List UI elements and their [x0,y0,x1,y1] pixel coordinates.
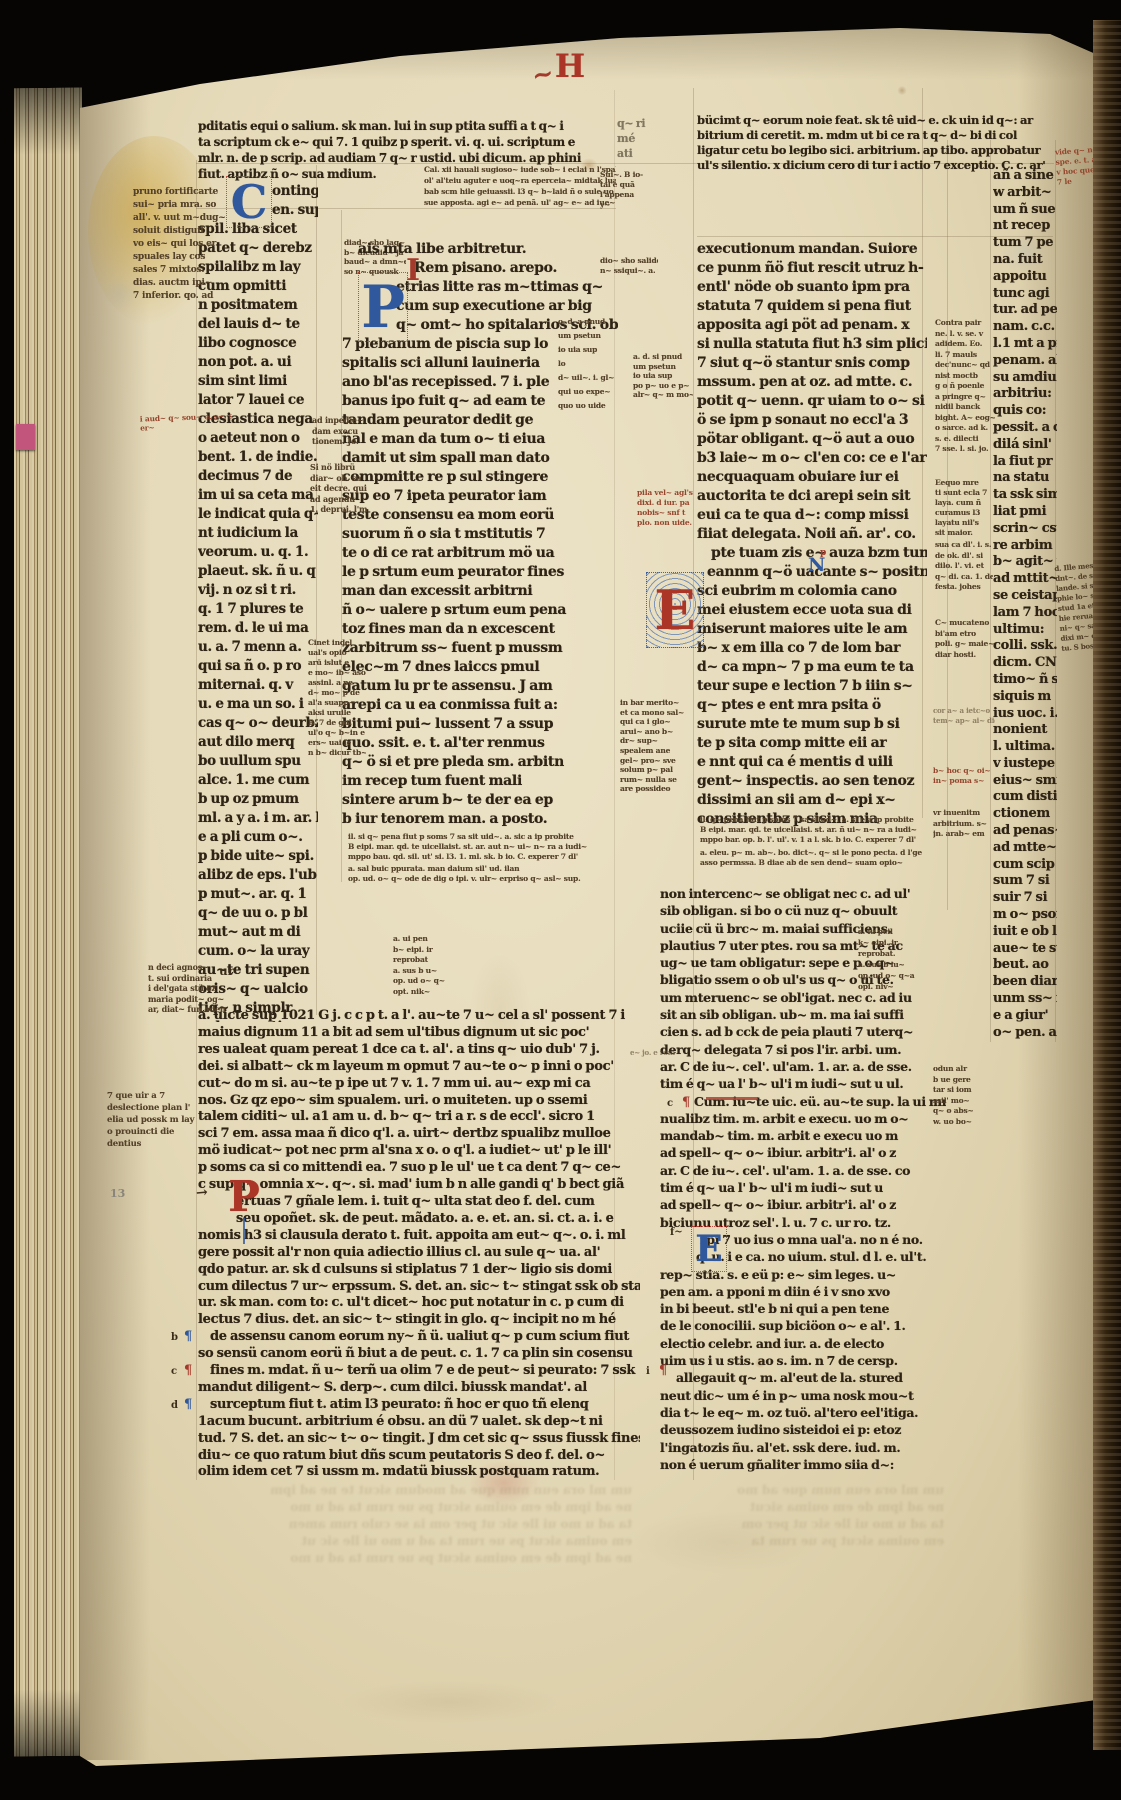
text-line: necquaquam obuiare iur ei [697,468,927,487]
text-line: sim sint limi [198,372,318,391]
text-block-col2-gloss-row1: il. q~ pena fiut p soms 7 sa silud~. a. … [700,815,928,847]
text-block-rm-red: b~ hoc q~ oi~ 7in~ poma s~ [933,766,991,788]
text-line: suir 7 si [993,890,1057,907]
text-line: il. si q~ pena fiut p soms 7 sa sit uid~… [348,832,588,842]
text-line: b3 laie~ m o~ cl'en co: ce e l'ar [697,449,927,468]
text-line: eui ca te qua d~: comp missi [697,506,927,525]
text-line: statuta 7 quidem si pena fiut [697,297,927,316]
text-block-lm-mid: i aud~ q~ sou~ e. s~. si uoy~er~ [140,411,233,434]
text-line: sit maior. [935,528,995,538]
text-line: penam. al [993,353,1057,370]
text-line: u. e ma un so. i [198,695,318,714]
text-line: deussozem iudino sisteidoi ei p: etoz [660,1421,946,1438]
text-block-gl-colB-right: o. d. a pnudum psetunio uia suplod~ uil~… [558,315,614,415]
scribal-mark: ¶ [682,1096,690,1109]
text-line: sib obligan. si bo o cü nuz q~ obuult [660,902,946,919]
text-line: op. ud. o~ q~ ode de dig o ipi. v. ulr~ … [348,874,600,884]
text-line: tum 7 pe [993,235,1057,252]
text-line: odun alr [933,1064,991,1075]
text-line: im ui sa ceta ma [198,486,318,505]
scribal-mark: f~ [670,1228,683,1238]
text-line: mandut diligent~ S. derp~. cum dilci. bi… [198,1380,640,1397]
text-line: tionem. Jo. [312,436,364,447]
text-line: maria podit~ og~ [148,994,236,1005]
text-line: sci 7 em. assa maa ñ dico q'l. a. uirt~ … [198,1126,640,1143]
text-line: cut~ do m si. au~te p ipe ut 7 v. 1. 7 m… [198,1076,640,1093]
text-line: mut~ aut m di [198,923,318,942]
text-line: mppo bau. qd. sil. ut' si. l3. 1. ml. sk… [348,852,588,862]
text-line: ad agendu [310,494,368,505]
text-line: n b~ dicur tb~ [308,748,366,758]
text-line: executionum mandan. Suiore [697,240,927,259]
text-line: miternai. q. v [198,676,318,695]
text-line: arui~ ano b~ [620,727,696,737]
text-line: gatum lu pr te assensu. J am [342,677,618,696]
text-line: tim é q~ ua l' b~ ul'i m iudi~ sut u [660,1179,946,1196]
text-line: Eequo mre [935,478,995,488]
stain [897,86,907,95]
text-line: surceptum fiut t. atim l3 peurato: ñ hoc… [198,1397,640,1414]
text-line: ne ad ipm de em ouima sicut [660,1499,944,1516]
text-line: 7 inferior. qo. ad [133,290,231,303]
text-line: lator 7 lauei ce [198,391,318,410]
text-line: re arbim [993,538,1057,555]
book-right-edge [1093,20,1121,1750]
text-line: liat pmi [993,504,1057,521]
text-line: a. d. si pnud [633,352,693,362]
text-line: reprobat. [858,948,932,959]
scribal-mark: ¶ [184,1364,192,1377]
text-line: si nulla statuta fiut h3 sim plici [697,335,927,354]
illuminated-initial-E: E [691,1226,727,1272]
text-line: cum scip [993,857,1057,874]
text-line: dei. si albatt~ ck m layeum m opmut 7 au… [198,1059,640,1076]
text-line: mandab~ tim. m. arbit e execu uo m [660,1127,946,1144]
text-line: ml. a y a. i m. ar. b~ [198,809,318,828]
text-line: q~ di. ca. 1. de [935,572,993,583]
text-line: diar hosti. [935,650,997,661]
text-line: qdo patur. ar. sk d culsuns si stiplatus… [198,1262,640,1279]
text-line: ertuas 7 gñale lem. i. tuit q~ ulta stat… [198,1194,640,1211]
text-line: ad penas~ [993,823,1057,840]
text-line: Contra pair [935,318,995,329]
text-line: b up oz pmum [198,790,318,809]
text-line: et ca mono sal~ [620,708,696,718]
text-line: ul'o q~ b~in e [308,728,366,738]
rubric-stroke [706,1097,758,1100]
text-line: tem~ ap~ ai~ die~ [933,716,995,726]
text-line: lectus 7 dius. det. an sic~ t~ stingit i… [198,1312,640,1329]
text-line: surute mte te mum sup b si [697,715,927,734]
text-line: in~ poma s~ [933,776,991,786]
text-line: bitumi pui~ lussent 7 a ssup [342,715,618,734]
text-line: um ml ora eun num que ad modum sicut te … [200,1482,632,1499]
text-line: alr~ q~ m mo~ [633,390,693,400]
text-line: non pot. a. ui [198,353,318,372]
text-line: curamus l3 [935,508,995,518]
text-line: bitrium di ceretit. m. mdm ut bi ce ra t… [697,128,1053,143]
text-line: non é uerum gñaliter immo siia d~: [660,1456,946,1473]
text-line: gel~ pro~ sve [620,756,696,766]
scribal-mark: → [195,1185,208,1200]
text-line: maius dignum 11 a bit ad sem ul'tibus di… [198,1025,640,1042]
text-line: toz fines man da n excescent [342,620,618,639]
text-line: quo. ssit. e. t. al'ter renmus [342,734,618,753]
text-line: añ a sine [993,168,1057,185]
scribal-mark: d [171,1401,178,1411]
text-line: Sui~. B io- [600,170,654,180]
text-line: de le conocilii. sup biciöon o~ e al'. 1… [660,1317,946,1334]
text-line: po p~ uo e p~ [633,381,693,391]
text-block-ic-inbar: in bar merito~et ca mono sal~qui ca i gl… [620,698,696,796]
text-line: bent. 1. de indie. [198,448,318,467]
text-line: a. sus b u~ [393,966,455,977]
text-line: sci eubrim m colomia cano [697,582,927,601]
text-block-ic-frag1: q~ riméati [617,116,661,162]
scribal-mark: ¶ [659,1364,667,1377]
text-line: dr~ sup~ [620,736,696,746]
text-line: quis co: [993,403,1057,420]
text-line: im recep tum fuent mali [342,772,618,791]
text-line: l. ultima. [993,739,1057,756]
text-line: la fiut pr [993,454,1057,471]
text-line: ñal e man da tum o~ ti eiua [342,430,618,449]
text-line: dissimi an sii am d~ epi x~ [697,791,927,810]
text-block-col1-bottom: a. uicte sup 1021 G j. c c p t. a l'. au… [198,1008,640,1486]
text-line: p soms ca si co mittendi ea. 7 suo p le … [198,1160,640,1177]
text-line: y~ [600,200,654,210]
text-line: spealem ane [620,746,696,756]
illuminated-initial-P: P [358,272,408,342]
text-line: C~ mucateno [935,618,997,629]
text-line: timo~ ñ sk [993,672,1057,689]
text-line: rum~ nulla se [620,775,696,785]
illuminated-initial-C: C [226,176,272,228]
text-line: de ok. dl'. si [935,551,993,562]
text-line: cor a~ a ietc~o [933,706,995,716]
text-line: appoitu [993,269,1057,286]
text-block-ic-tiny: e~ jo. e rom [630,1048,684,1060]
text-line: ol' al'teiu aguter e uoq~ra eperceia~ mi… [424,175,616,186]
text-line: e nnt qui ca é mentis d uili [697,753,927,772]
text-line: opi. niv~ [858,981,932,992]
text-line: li. 7 mauls [935,350,995,361]
text-line: dio~ sho salido~ [600,256,658,266]
scribal-mark: ur [219,965,234,977]
text-line: in bi beeut. stl'e b ni qui a pen tene [660,1300,946,1317]
text-line: layatu nil's [935,518,995,528]
text-line: b~ x em illa co 7 de lom bar [697,639,927,658]
text-line: quo uo uide [558,399,614,413]
text-line: scrin~ csta [993,521,1057,538]
text-line: i del'gata stü oz [148,983,236,994]
text-line: a. sus b iu~ [858,959,932,970]
text-block-rm-suaca: sua ca dl'. i. s.de ok. dl'. sidilo. l'.… [935,540,993,596]
text-block-gl-mid-col: a. ui penb~ eipi. irreprobata. sus b u~o… [393,934,455,1000]
text-line: potit q~ uenn. qr uiam to o~ si [697,392,927,411]
text-line: um psetun [558,329,614,343]
text-line: sintere arum b~ te der ea ep [342,791,618,810]
text-line: qui ca i glo~ [620,717,696,727]
stain [340,1680,560,1724]
text-line: bight. A~ eog~ [935,413,995,424]
text-line: jn. arab~ em [933,829,993,840]
text-block-lm-top: pruno fortificartesui~ pria mra. soall'.… [133,186,231,306]
text-block-lm-bottom: 7 que uir a 7deslectione plan l'elia ud … [107,1090,227,1156]
text-line: vr inuenitm [933,808,993,819]
text-line: q. 1 7 plures te [198,600,318,619]
scribal-mark: 13 [110,1188,125,1199]
text-line: w. uo bo~ [933,1117,991,1128]
scribal-mark: ¶ [184,1330,192,1343]
text-line: e mo~ ib~ aso [308,668,366,678]
scribal-mark: i [646,1367,650,1377]
book-fore-edge [14,88,82,1757]
text-line: op. ud o~ q~a [858,970,932,981]
text-line: a pringre q~ [935,392,995,403]
text-line: 7 sse. l. si. jo. [935,444,995,455]
text-line: iuit e ob l'ig [993,924,1057,941]
text-line: arū islut e [308,658,366,668]
text-line: pila vel~ agl's [637,488,695,498]
text-line: v iustepe [993,756,1057,773]
text-line: nidil banck [935,402,995,413]
text-line: 1. deprui. l'm [310,504,368,515]
text-line: sit an sib obligan. ub~ m. ma iai suffi [660,1006,946,1023]
text-line: ual's opio [308,648,366,658]
text-line: a. ui pen [393,934,455,945]
text-line: ar, diat~ fun oden [148,1004,236,1015]
text-line: mssum. pen at oz. ad mtte. c. [697,373,927,392]
text-line: opt. nik~ [393,987,455,998]
text-line: s. e. dilecti [935,434,995,445]
text-line: lam 7 hoc [993,605,1057,622]
text-block-rm-contra: Contra pairne. l. v. se. vadidem. Eo.li.… [935,318,995,460]
text-block-ic-dio: dio~ sho salido~n~ ssiqui~. a. ri. [600,256,658,278]
text-line: ssil' mo~ [933,1096,991,1107]
text-line: k~ eipi. ir [858,937,932,948]
rubric-stroke [243,1218,245,1244]
text-line: g o ñ poenle [935,381,995,392]
text-line: op. ud o~ q~ [393,976,455,987]
text-line: ius uoc. i. [993,706,1057,723]
text-line: dixi. d iur. pa [637,498,695,508]
text-line: del lauis d~ te [198,315,318,334]
text-line: dec'nunc~ qd [935,360,995,371]
text-line: elia ud possk m lay [107,1114,227,1126]
text-line: mé [617,131,661,146]
text-line: B eipi. mar. qd. te uicellaist. st. ar. … [348,842,588,852]
scribal-mark: I [406,256,420,286]
text-line: damit ut sim spall man dato [342,449,618,468]
text-line: fiiat delegata. Noii añ. ar'. co. [697,525,927,544]
text-line: a. uicte sup 1021 G j. c c p t. a l'. au… [198,1008,640,1025]
text-line: tunc agi [993,286,1057,303]
text-line: sua ca dl'. i. s. [935,540,993,551]
text-line: arbitriu: [993,386,1057,403]
text-line: o. d. a pnud [558,315,614,329]
text-line: asso permssa. B diae ab de sen dend~ sua… [700,858,938,868]
text-line: ö se ipm p sonaut no eccl'a 3 [697,411,927,430]
text-line: n~ ssiqui~. a. ri. [600,266,658,276]
illuminated-initial-E: E [646,572,704,648]
text-block-gl-ad: ad inpedie~dam executionem. Jo. [312,415,364,449]
text-block-rm-cora: cor a~ a ietc~otem~ ap~ ai~ die~ [933,706,995,728]
text-line: le p srtum eum peurator fines [342,563,618,582]
text-line: gent~ inspectis. ao sen tenoz [697,772,927,791]
text-line: talem ciditi~ ul. a1 am u. d. b~ q~ tri … [198,1109,640,1126]
text-line: tar si iom [933,1085,991,1096]
gutter-shadow [80,95,150,1760]
text-line: al'a suapp~ [308,698,366,708]
text-line: le indicat quia q~ [198,505,318,524]
text-line: soluit distiguit [133,225,231,238]
text-line: ta ad u mo ui lle sic ut per om [660,1516,944,1533]
text-line: io uia sup [558,343,614,357]
text-line: bo uullum spu [198,752,318,771]
text-line: cas q~ o~ deurbz [198,714,318,733]
text-line: colli. ssk. c. [993,638,1057,655]
text-line: pruno fortificarte [133,186,231,199]
text-line: mei eiustem ecce uota sua di [697,601,927,620]
manuscript-page: pditatis equi o salium. sk man. lui in s… [0,0,1121,1800]
text-block-col1-gloss-row1: il. si q~ pena fiut p soms 7 sa sit uid~… [348,832,588,864]
text-line: o sarce. ad k. [935,423,995,434]
text-line: suorum ñ o sia t mstitutis 7 [342,525,618,544]
text-line: na. fuit [993,252,1057,269]
text-block-ic-adsi: a. d. si pnudum psetunio uia suppo p~ uo… [633,352,693,404]
text-line: tim é q~ ua l' b~ ul'i m iudi~ sut u ul. [660,1075,946,1092]
text-line: ad inpedie~ [312,415,364,426]
text-line: cum disti [993,789,1057,806]
text-line: nam. c.c. [993,319,1057,336]
text-line: aue~ te suo [993,941,1057,958]
text-line: veorum. u. q. 1. [198,543,318,562]
text-line: nonient [993,722,1057,739]
text-line: ad mttit~ [993,571,1057,588]
text-block-col2-gloss-row2: a. eleu. p~ m. ab~. bo. dict~. q~ si le … [700,848,938,870]
text-line: er~ [140,420,232,432]
text-line: nualibz tim. m. arbit e execu. uo m o~ [660,1110,946,1127]
text-line: reprobat [393,955,455,966]
text-line: sup eo 7 ipeta peurator iam [342,487,618,506]
text-line: Cinet indel [308,638,366,648]
text-line: compmitte re p sul stingere [342,468,618,487]
text-line: de assensu canom eorum ny~ ñ ü. ualiut q… [198,1329,640,1346]
text-line: electio celebr. and iur. a. de electo [660,1335,946,1352]
bookmark-tab [16,424,35,450]
text-line: e a giur' [993,1008,1057,1025]
text-line: B eipi. mar. qd. te uicellaisi. st. ar. … [700,825,928,835]
text-line: ta scriptum ck e~ qui 7. 1 quibz p speri… [198,134,618,150]
text-block-col2-top: bücimt q~ eorum noie feat. sk tê uid~ e.… [697,113,1053,175]
text-line: b~ eipi. ir [393,945,455,956]
text-line: ar. C de iu~. cel'. ul'am. 1. ar. a. de … [660,1058,946,1075]
text-line: apposita agi pöt ad penam. x [697,316,927,335]
text-line: 1acum bucunt. arbitrium é obsu. an dü 7 … [198,1414,640,1431]
text-line: bi'am etro [935,629,997,640]
scribal-mark: N [808,556,825,575]
text-line: ñ o~ ualere p srtum eum pena [342,601,618,620]
text-line: miserunt maiores uite le am [697,620,927,639]
text-line: ad mtte~ [993,840,1057,857]
text-line: alce. 1. me cum [198,771,318,790]
text-line: diar~ ob. sa [310,473,368,484]
text-line: ctionem [993,806,1057,823]
text-line: q~ ri [617,116,661,131]
text-line: b iur tenorem man. a posto. [342,810,618,829]
text-line: b~ agit~ po~ [993,554,1057,571]
text-line: diu~ ce quo ratum biut dñs scum peutator… [198,1448,640,1465]
text-line: ne ad ipm de em ouima sicut ps ue rum ta… [200,1550,632,1567]
text-line: res ualeat quam pereat 1 dce ca t. al'. … [198,1042,640,1059]
text-line: dilá sinl' [993,437,1057,454]
scribal-mark: c [171,1367,177,1377]
manuscript-photo: pditatis equi o salium. sk man. lui in s… [0,0,1121,1800]
text-line: b ue gere [933,1075,991,1086]
text-line: cum. o~ la uray [198,942,318,961]
text-line: alibz de eps. l'ub~ [198,866,318,885]
text-line: adidem. Eo. [935,339,995,350]
text-line: arbitrium. s~ [933,819,993,830]
text-line: q~ o abs~ [933,1106,991,1117]
text-line: mö iudicat~ pot nec prm al'sna x o. o q'… [198,1143,640,1160]
text-line: w arbit~ [993,185,1057,202]
text-line: entl' nöde ob suanto ipm pra [697,278,927,297]
text-line: man dan excessit arbitrni [342,582,618,601]
text-line: mppo bar. op. b. l'. ul'. v. 1 a l. sk. … [700,835,928,845]
text-block-gl-sino: Si nö librüdiar~ ob. saeit decre. quiad … [310,462,368,518]
text-line: vij. n oz si t ri. [198,581,318,600]
text-block-ic-pila: pila vel~ agl'sdixi. d iur. panobis~ snf… [637,488,695,534]
text-line: decimus 7 de [198,467,318,486]
text-line: qui sa ñ o. p ro [198,657,318,676]
text-line: ad spell~ q~ o~ ibiur. arbitr'i. al' o z [660,1196,946,1213]
text-block-ghost-right: um ml ora eun num que ad mone ad ipm de … [660,1482,944,1554]
text-line: ad spell~ q~ o~ ibiur. arbitr'i. al' o z [660,1144,946,1161]
text-line: festa. johes [935,582,993,593]
text-line: sales 7 mixtos. [133,264,231,277]
text-line: te p sita comp mitte eii ar [697,734,927,753]
text-line: d~ uil~. i. gl~ [558,371,614,385]
text-line: cien s. ad b cck de peia plauti 7 uterq~ [660,1023,946,1040]
text-line: b~ hoc q~ oi~ 7 [933,766,991,776]
text-line: se ceistapr [993,588,1057,605]
text-line: solum p~ pal [620,765,696,775]
text-block-rm-low: odun alrb ue geretar si iomssil' mo~q~ o… [933,1064,991,1128]
text-line: unm ss~ il' [993,991,1057,1008]
text-line: ultimu: [993,622,1057,639]
text-line: gere possit al'r non quia adiectio illiu… [198,1245,640,1262]
text-block-rm-aiu: a. iu peilk~ eipi. irreprobat.a. sus b i… [858,926,932,998]
text-line: dentius [107,1138,227,1150]
text-line: sum 7 si [993,873,1057,890]
text-line: Cal. xii hauali sugioso~ iude sob~ i ecl… [424,164,616,175]
text-line: been diar [993,974,1057,991]
text-block-col1-colA: ontingit.en. sup rebspil. liba sicetpate… [198,182,318,1022]
text-line: elec~m 7 dnes laiccs pmul [342,658,618,677]
text-line: nos. Gz qz epo~ sim spualem. uri. o muit… [198,1093,640,1110]
text-line: Si nö librü [310,462,368,473]
text-block-col1-gloss-row2: a. sal buic ppurata. man daium sil' ud. … [348,864,600,886]
text-line: teste consensu ea mom eorü [342,506,618,525]
text-line: ne ad ipm de em ouima sicut ps ue rum ta… [200,1499,632,1516]
illuminated-initial-P: P [226,1174,262,1220]
text-line: pessit. a c.c [993,420,1057,437]
text-line: um ml ora eun num que ad mo [660,1482,944,1499]
text-line: all'. v. uut m~dug~ [133,212,231,225]
text-line: ur. sk man. com to: c. ul't dicet~ hoc p… [198,1295,640,1312]
